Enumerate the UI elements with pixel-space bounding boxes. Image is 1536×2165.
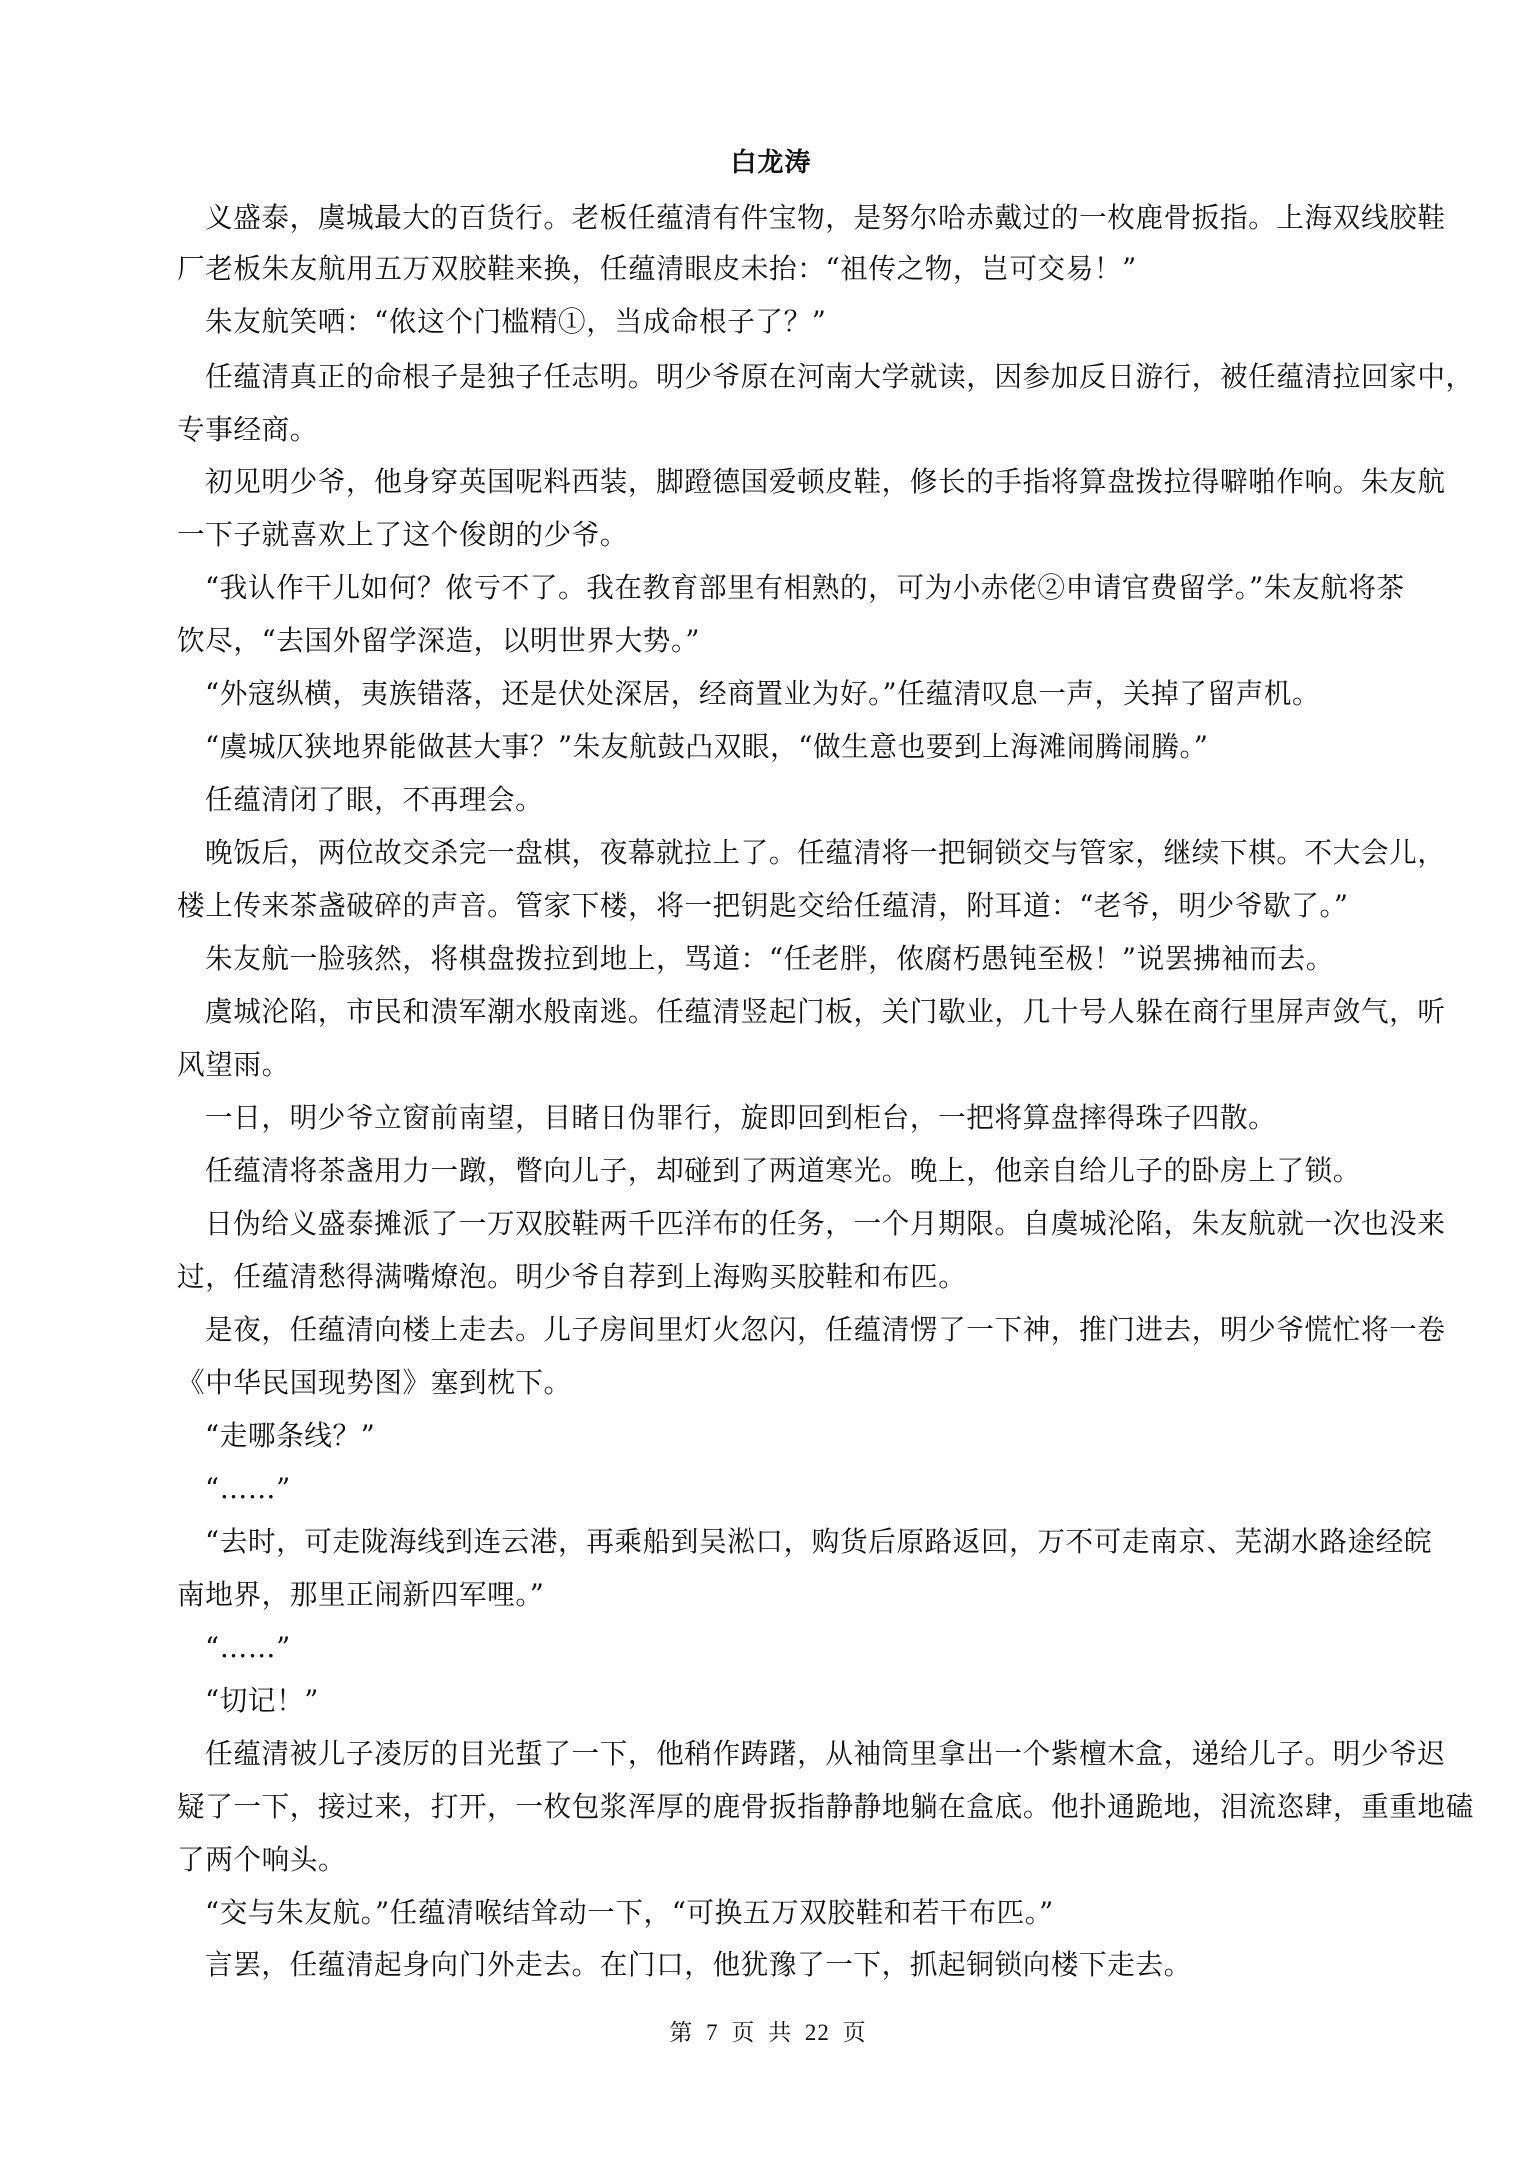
page-number-footer: 第 7 页 共 22 页 [0,2016,1536,2050]
text-line: 饮尽，“去国外留学深造，以明世界大势。” [177,621,1395,661]
text-line: 任蕴清被儿子凌厉的目光蜇了一下，他稍作踌躇，从袖筒里拿出一个紫檀木盒，递给儿子。… [205,1734,1395,1774]
text-line: “交与朱友航。”任蕴清喉结耸动一下，“可换五万双胶鞋和若干布匹。” [205,1893,1395,1933]
text-line: 风望雨。 [177,1045,1395,1085]
text-line: 疑了一下，接过来，打开，一枚包浆浑厚的鹿骨扳指静静地躺在盒底。他扑通跪地，泪流恣… [177,1787,1395,1827]
text-line: 过，任蕴清愁得满嘴燎泡。明少爷自荐到上海购买胶鞋和布匹。 [177,1257,1395,1297]
document-page: 白龙涛 义盛泰，虞城最大的百货行。老板任蕴清有件宝物，是努尔哈赤戴过的一枚鹿骨扳… [0,0,1536,2165]
text-line: 《中华民国现势图》塞到枕下。 [177,1363,1395,1403]
story-title: 白龙涛 [0,146,1536,180]
text-line: “外寇纵横，夷族错落，还是伏处深居，经商置业为好。”任蕴清叹息一声，关掉了留声机… [205,674,1395,714]
text-line: 朱友航笑哂：“侬这个门槛精①，当成命根子了？” [205,302,1395,342]
text-line: 晚饭后，两位故交杀完一盘棋，夜幕就拉上了。任蕴清将一把铜锁交与管家，继续下棋。不… [205,833,1395,873]
text-line: 专事经商。 [177,410,1395,450]
text-line: 楼上传来茶盏破碎的声音。管家下楼，将一把钥匙交给任蕴清，附耳道：“老爷，明少爷歇… [177,886,1395,926]
text-line: “走哪条线？” [205,1416,1395,1456]
text-line: 初见明少爷，他身穿英国呢料西装，脚蹬德国爱顿皮鞋，修长的手指将算盘拨拉得噼啪作响… [205,462,1395,502]
text-line: 南地界，那里正闹新四军哩。” [177,1575,1395,1615]
text-line: “切记！” [205,1681,1395,1721]
text-line: “我认作干儿如何？侬亏不了。我在教育部里有相熟的，可为小赤佬②申请官费留学。”朱… [205,568,1395,608]
text-line: “……” [205,1628,1395,1668]
text-line: 厂老板朱友航用五万双胶鞋来换，任蕴清眼皮未抬：“祖传之物，岂可交易！” [177,249,1395,289]
text-line: 任蕴清将茶盏用力一蹾，瞥向儿子，却碰到了两道寒光。晚上，他亲自给儿子的卧房上了锁… [205,1151,1395,1191]
text-line: 义盛泰，虞城最大的百货行。老板任蕴清有件宝物，是努尔哈赤戴过的一枚鹿骨扳指。上海… [205,198,1395,238]
text-line: “……” [205,1469,1395,1509]
text-line: “虞城仄狭地界能做甚大事？”朱友航鼓凸双眼，“做生意也要到上海滩闹腾闹腾。” [205,727,1395,767]
text-line: 一日，明少爷立窗前南望，目睹日伪罪行，旋即回到柜台，一把将算盘摔得珠子四散。 [205,1098,1395,1138]
text-line: “去时，可走陇海线到连云港，再乘船到吴淞口，购货后原路返回，万不可走南京、芜湖水… [205,1522,1395,1562]
text-line: 了两个响头。 [177,1840,1395,1880]
text-line: 是夜，任蕴清向楼上走去。儿子房间里灯火忽闪，任蕴清愣了一下神，推门进去，明少爷慌… [205,1310,1395,1350]
text-line: 言罢，任蕴清起身向门外走去。在门口，他犹豫了一下，抓起铜锁向楼下走去。 [205,1945,1395,1985]
text-line: 朱友航一脸骇然，将棋盘拨拉到地上，骂道：“任老胖，侬腐朽愚钝至极！”说罢拂袖而去… [205,939,1395,979]
text-line: 任蕴清闭了眼，不再理会。 [205,780,1395,820]
text-line: 虞城沦陷，市民和溃军潮水般南逃。任蕴清竖起门板，关门歇业，几十号人躲在商行里屏声… [205,992,1395,1032]
text-line: 任蕴清真正的命根子是独子任志明。明少爷原在河南大学就读，因参加反日游行，被任蕴清… [205,357,1395,397]
text-line: 一下子就喜欢上了这个俊朗的少爷。 [177,515,1395,555]
text-line: 日伪给义盛泰摊派了一万双胶鞋两千匹洋布的任务，一个月期限。自虞城沦陷，朱友航就一… [205,1204,1395,1244]
